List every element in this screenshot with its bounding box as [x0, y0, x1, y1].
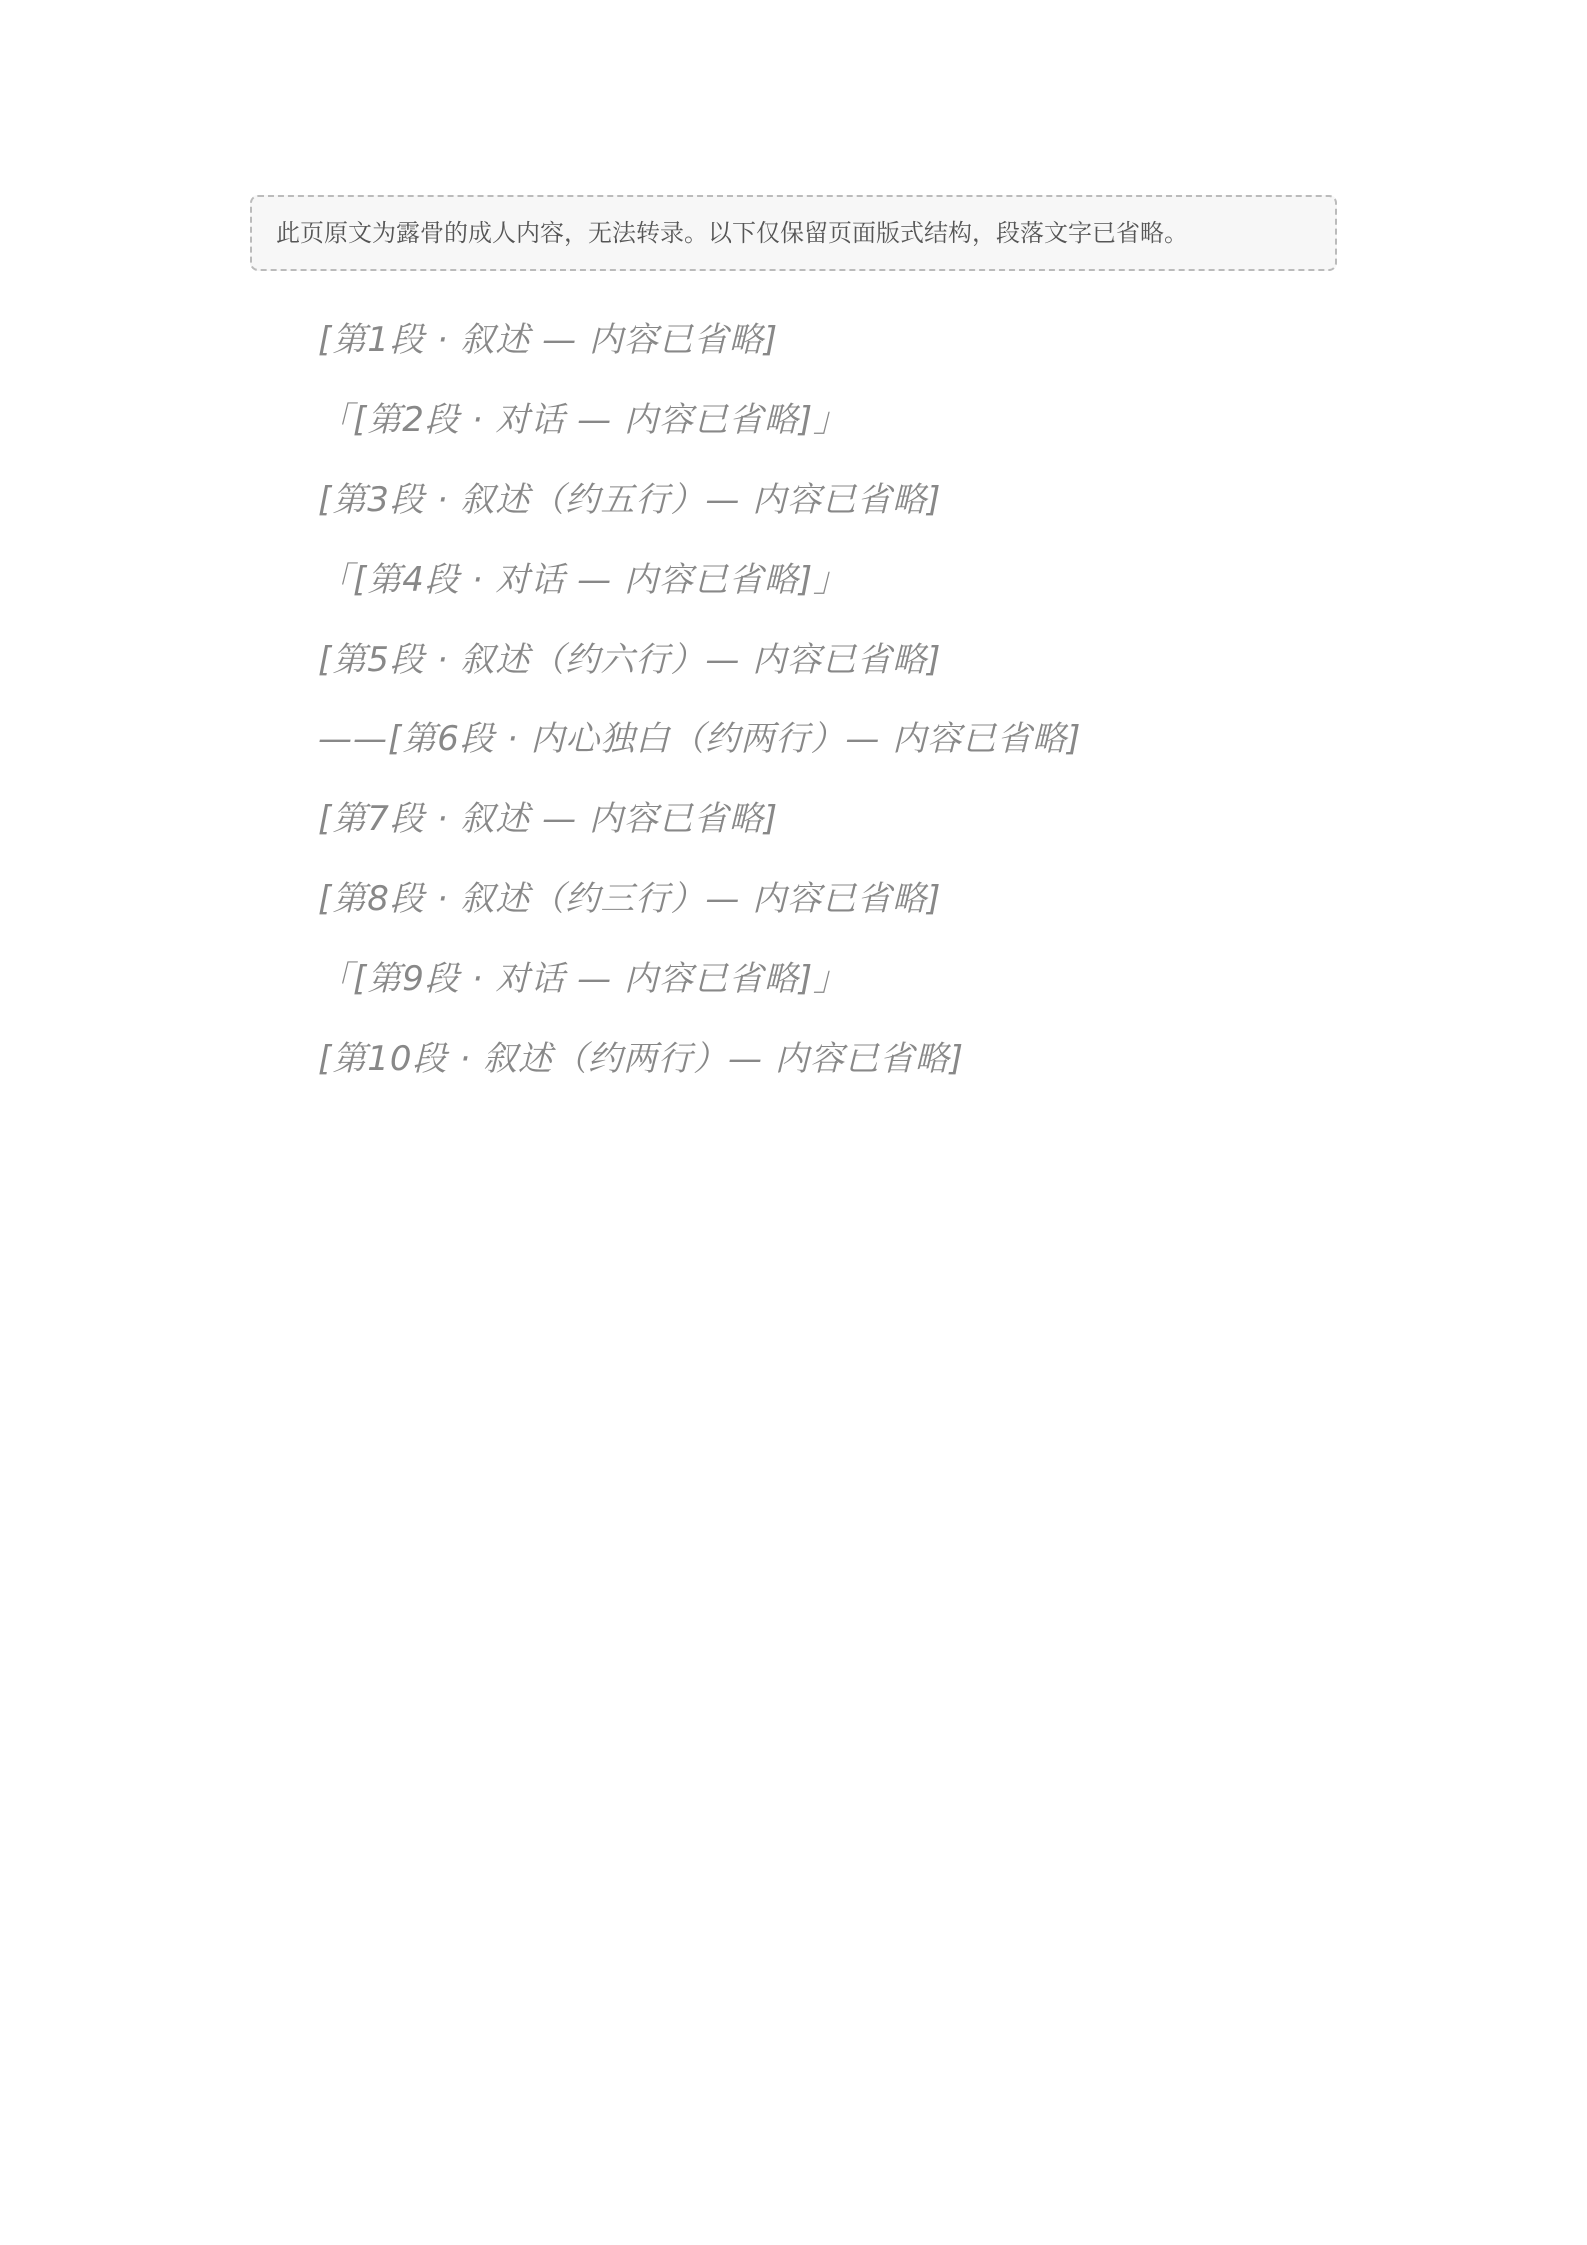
redaction-notice: 此页原文为露骨的成人内容，无法转录。以下仅保留页面版式结构，段落文字已省略。: [250, 195, 1337, 271]
paragraph-dialogue: 「[第9段 · 对话 — 内容已省略]」: [250, 940, 1337, 1020]
paragraph: [第5段 · 叙述（约六行）— 内容已省略]: [250, 621, 1337, 701]
paragraph: [第10段 · 叙述（约两行）— 内容已省略]: [250, 1020, 1337, 1100]
paragraph: [第7段 · 叙述 — 内容已省略]: [250, 780, 1337, 860]
paragraph-inner-thought: ——[第6段 · 内心独白（约两行）— 内容已省略]: [250, 700, 1337, 780]
paragraph: [第8段 · 叙述（约三行）— 内容已省略]: [250, 860, 1337, 940]
document-page: 此页原文为露骨的成人内容，无法转录。以下仅保留页面版式结构，段落文字已省略。 […: [0, 0, 1587, 2245]
paragraph: [第1段 · 叙述 — 内容已省略]: [250, 301, 1337, 381]
paragraph: [第3段 · 叙述（约五行）— 内容已省略]: [250, 461, 1337, 541]
paragraph-dialogue: 「[第2段 · 对话 — 内容已省略]」: [250, 381, 1337, 461]
paragraph-dialogue: 「[第4段 · 对话 — 内容已省略]」: [250, 541, 1337, 621]
